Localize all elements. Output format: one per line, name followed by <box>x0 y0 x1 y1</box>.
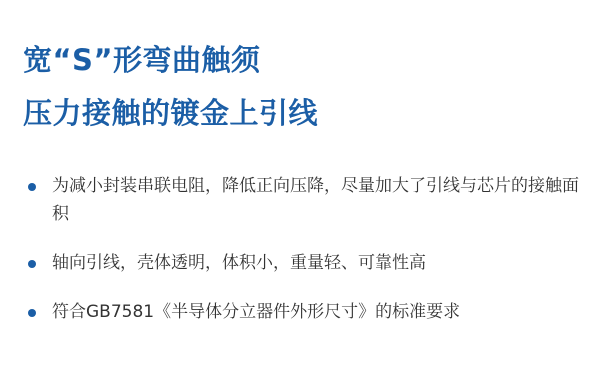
feature-list: 为减小封装串联电阻，降低正向压降，尽量加大了引线与芯片的接触面积 轴向引线，壳体… <box>28 172 588 347</box>
title-line-2: 压力接触的镀金上引线 <box>23 87 318 140</box>
list-item: 轴向引线，壳体透明，体积小，重量轻、可靠性高 <box>28 249 588 277</box>
list-item-text: 轴向引线，壳体透明，体积小，重量轻、可靠性高 <box>52 249 588 277</box>
page-title: 宽“S”形弯曲触须 压力接触的镀金上引线 <box>23 34 318 140</box>
bullet-dot-icon <box>28 183 36 191</box>
bullet-dot-icon <box>28 260 36 268</box>
bullet-dot-icon <box>28 309 36 317</box>
title-line-1: 宽“S”形弯曲触须 <box>23 34 318 87</box>
list-item-text: 为减小封装串联电阻，降低正向压降，尽量加大了引线与芯片的接触面积 <box>52 172 588 228</box>
list-item-text: 符合GB7581《半导体分立器件外形尺寸》的标准要求 <box>52 298 588 326</box>
list-item: 符合GB7581《半导体分立器件外形尺寸》的标准要求 <box>28 298 588 326</box>
list-item: 为减小封装串联电阻，降低正向压降，尽量加大了引线与芯片的接触面积 <box>28 172 588 228</box>
